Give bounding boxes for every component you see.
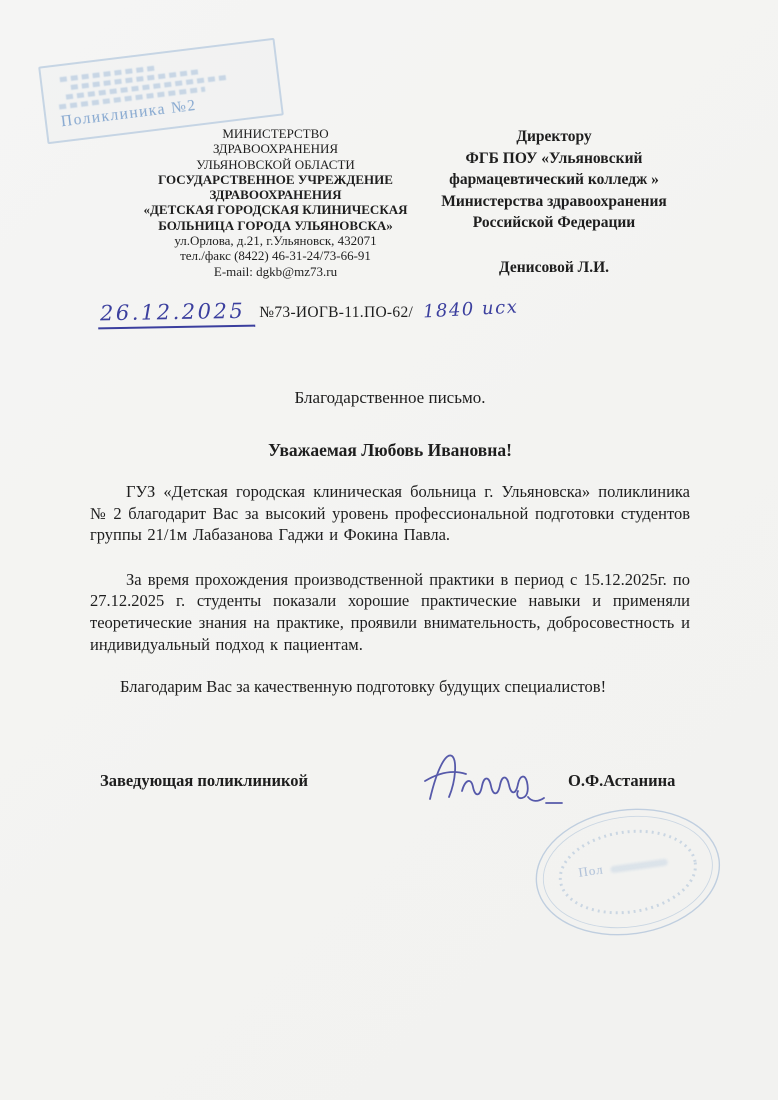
sender-email: E-mail: dgkb@mz73.ru: [118, 264, 433, 279]
recipient-line: Директору: [413, 126, 695, 148]
paragraph: ГУЗ «Детская городская клиническая больн…: [90, 481, 690, 546]
salutation: Уважаемая Любовь Ивановна!: [90, 440, 690, 461]
recipient-name: Денисовой Л.И.: [413, 257, 695, 279]
sender-line: ЗДРАВООХРАНЕНИЯ: [118, 141, 433, 156]
sender-line: МИНИСТЕРСТВО: [118, 126, 433, 141]
handwritten-number-suffix: 1840 исх: [423, 297, 519, 323]
signer-name: О.Ф.Астанина: [568, 771, 675, 791]
letter-body: ГУЗ «Детская городская клиническая больн…: [90, 481, 690, 721]
sender-line: УЛЬЯНОВСКОЙ ОБЛАСТИ: [118, 157, 433, 172]
paragraph: За время прохождения производственной пр…: [90, 569, 690, 655]
sender-line: ЗДРАВООХРАНЕНИЯ: [118, 187, 433, 202]
letterhead-sender: МИНИСТЕРСТВО ЗДРАВООХРАНЕНИЯ УЛЬЯНОВСКОЙ…: [118, 126, 433, 279]
recipient-line: Министерства здравоохранения: [413, 191, 695, 213]
sender-phone: тел./факс (8422) 46-31-24/73-66-91: [118, 248, 433, 263]
document-title: Благодарственное письмо.: [90, 388, 690, 408]
reference-line: 26.12.2025 №73-ИОГВ-11.ПО-62/ 1840 исх: [98, 299, 678, 335]
handwritten-signature: [422, 749, 572, 816]
recipient-line: фармацевтический колледж »: [413, 169, 695, 191]
sender-line: БОЛЬНИЦА ГОРОДА УЛЬЯНОВСКА»: [118, 218, 433, 233]
sender-address: ул.Орлова, д.21, г.Ульяновск, 432071: [118, 233, 433, 248]
handwritten-date: 26.12.2025: [98, 299, 256, 330]
signer-role: Заведующая поликлиникой: [100, 771, 308, 791]
paragraph: Благодарим Вас за качественную подготовк…: [90, 676, 690, 698]
recipient-line: Российской Федерации: [413, 212, 695, 234]
letterhead-recipient: Директору ФГБ ПОУ «Ульяновский фармацевт…: [413, 126, 695, 278]
oval-stamp: Пол: [525, 793, 732, 952]
sender-line: «ДЕТСКАЯ ГОРОДСКАЯ КЛИНИЧЕСКАЯ: [118, 202, 433, 217]
outgoing-number: №73-ИОГВ-11.ПО-62/: [259, 304, 413, 321]
sender-line: ГОСУДАРСТВЕННОЕ УЧРЕЖДЕНИЕ: [118, 172, 433, 187]
recipient-line: ФГБ ПОУ «Ульяновский: [413, 148, 695, 170]
scanned-letter-page: Поликлиника №2 МИНИСТЕРСТВО ЗДРАВООХРАНЕ…: [0, 0, 778, 1100]
